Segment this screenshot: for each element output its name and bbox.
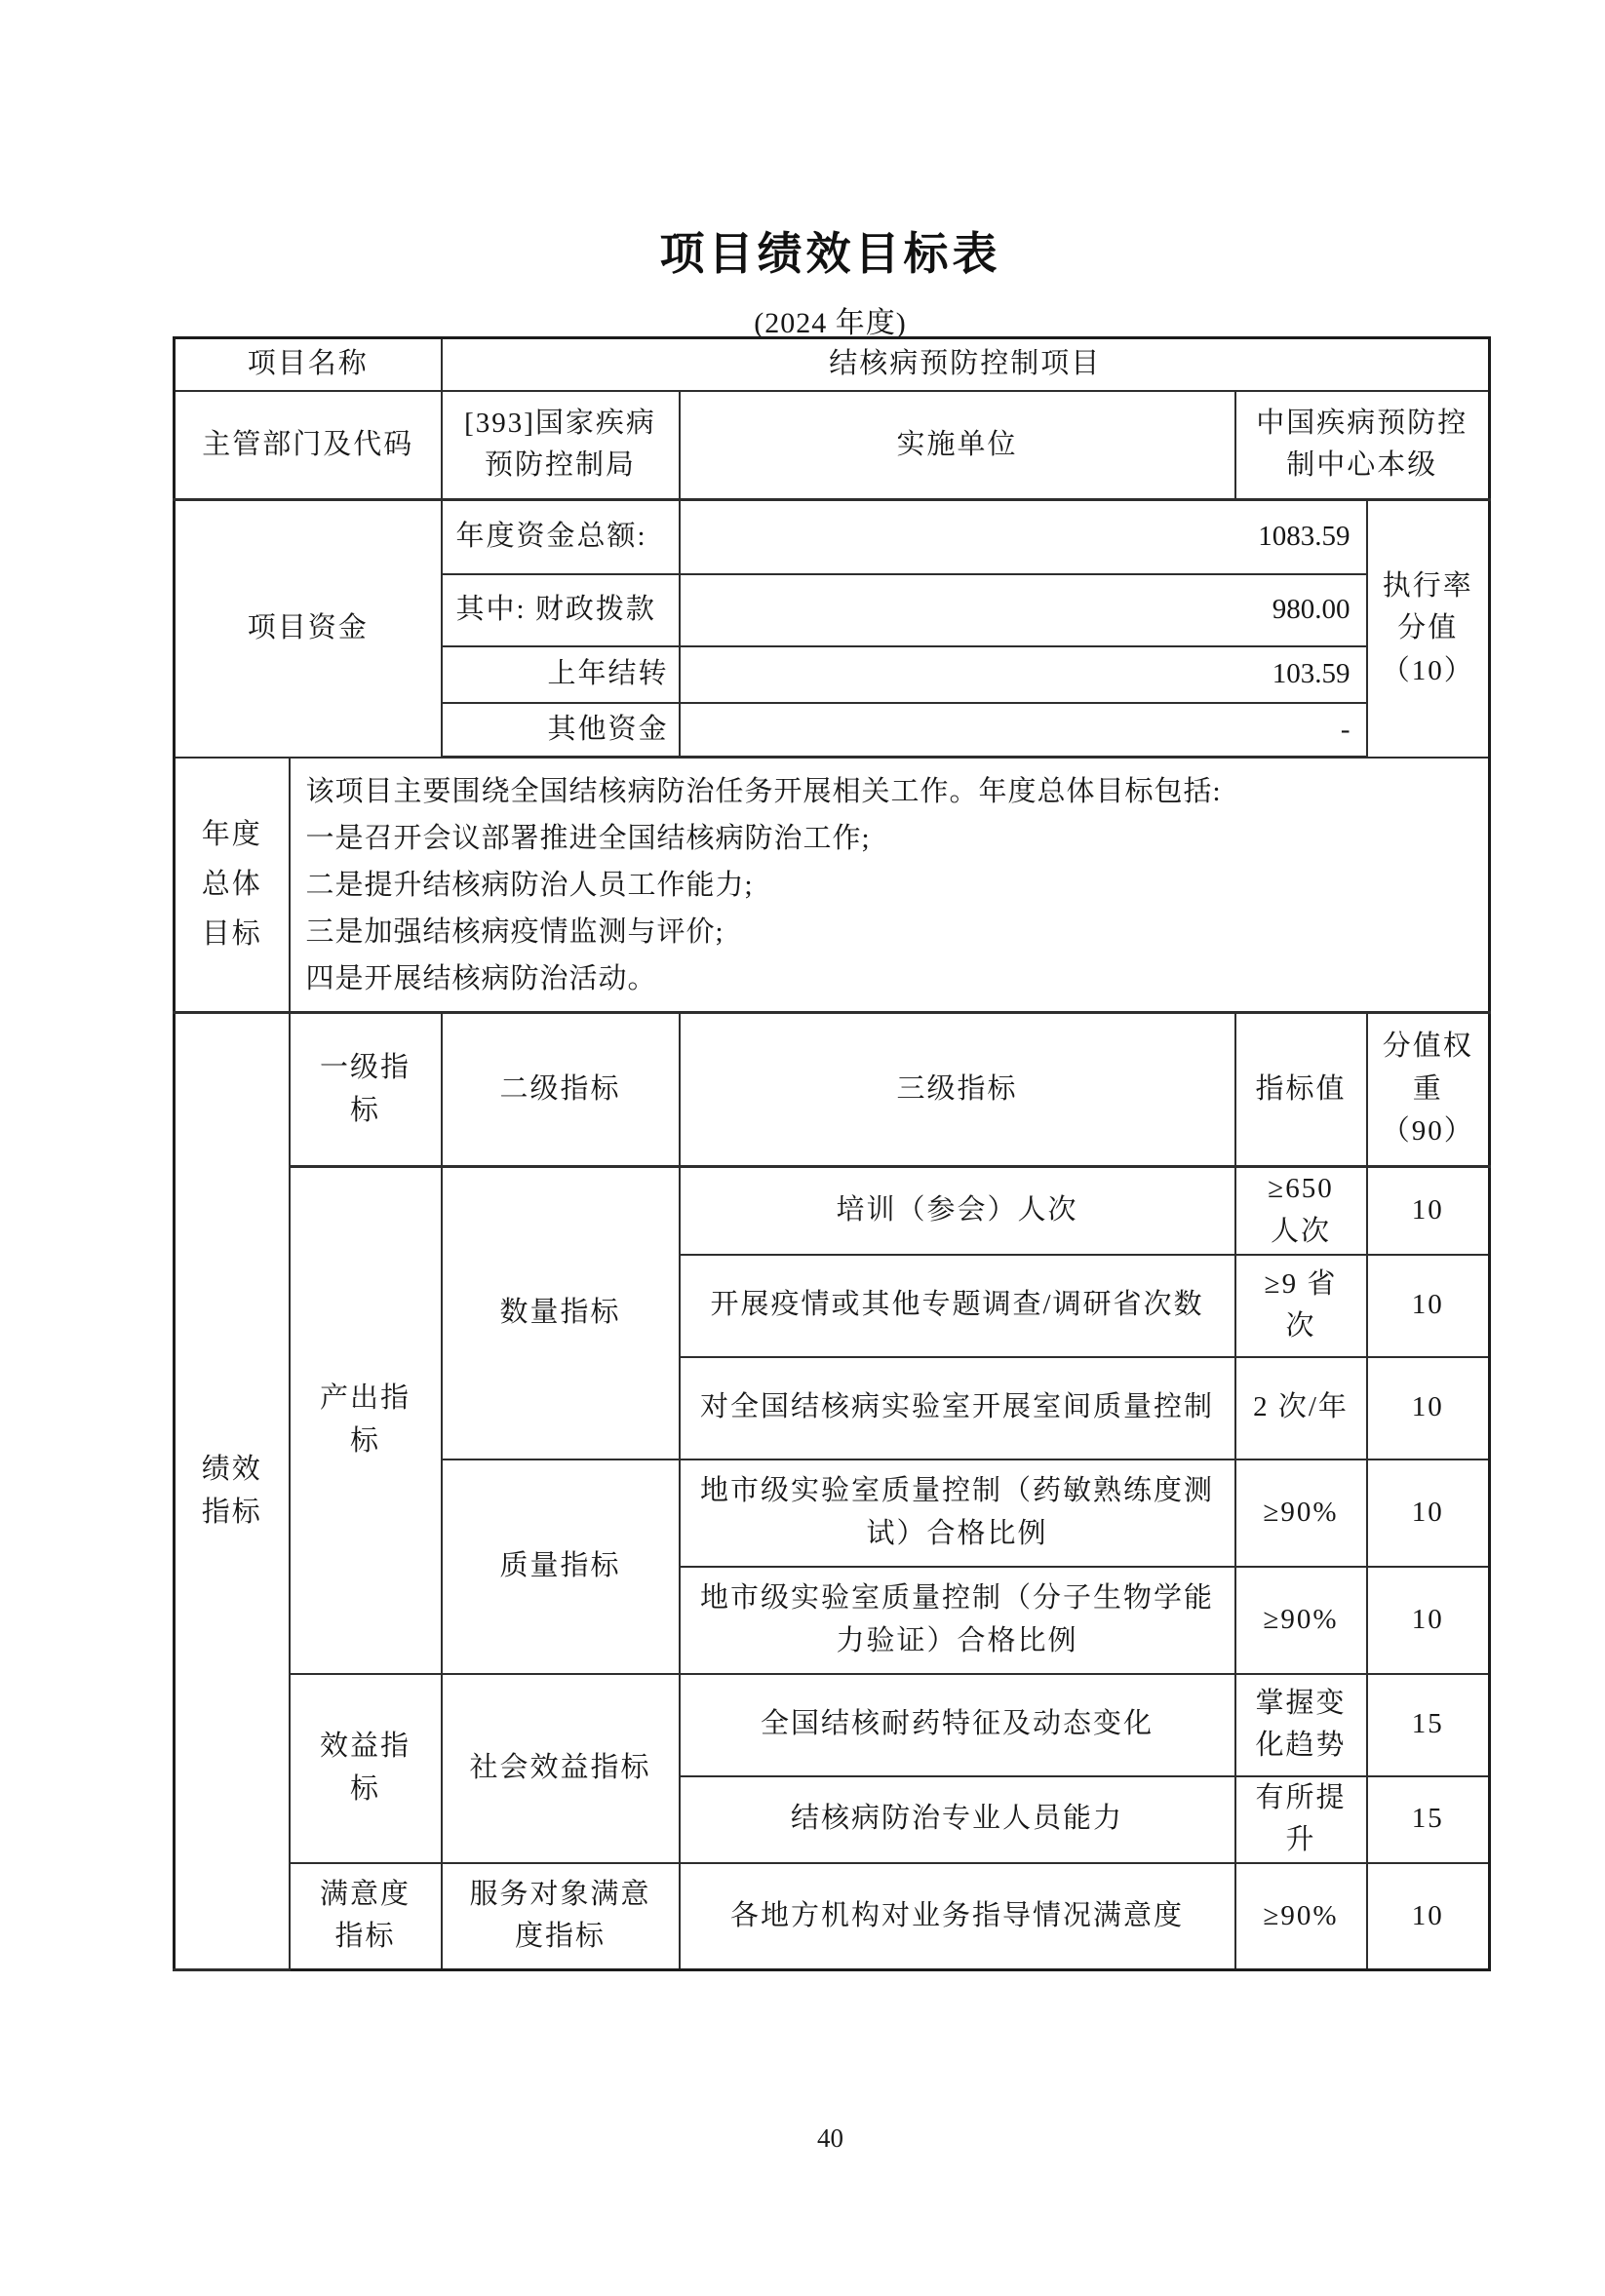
indicator-row: 产出指 标 数量指标 培训（参会）人次 ≥650 人次 10 — [175, 1167, 1490, 1255]
dept-code-label: 主管部门及代码 — [175, 391, 442, 500]
funding-value-carryover: 103.59 — [680, 646, 1367, 703]
indicator-section-label: 绩效 指标 — [175, 1013, 290, 1970]
indicator-weight: 10 — [1367, 1459, 1490, 1567]
col-header-value: 指标值 — [1235, 1013, 1367, 1167]
indicator-weight: 15 — [1367, 1674, 1490, 1776]
col-header-weight: 分值权 重 （90） — [1367, 1013, 1490, 1167]
level1-output-label: 产出指 标 — [290, 1167, 442, 1674]
col-header-level3: 三级指标 — [680, 1013, 1235, 1167]
level1-satisfaction-label: 满意度 指标 — [290, 1863, 442, 1970]
performance-target-table: 项目名称 结核病预防控制项目 主管部门及代码 [393]国家疾病 预防控制局 实… — [173, 336, 1491, 1971]
impl-unit-value: 中国疾病预防控 制中心本级 — [1235, 391, 1490, 500]
level3-indicator: 地市级实验室质量控制（药敏熟练度测 试）合格比例 — [680, 1459, 1235, 1567]
page-title: 项目绩效目标表 — [173, 218, 1488, 283]
funding-section-label: 项目资金 — [175, 500, 442, 758]
indicator-value: 2 次/年 — [1235, 1357, 1367, 1459]
indicator-weight: 10 — [1367, 1863, 1490, 1970]
funding-value-fiscal: 980.00 — [680, 574, 1367, 646]
level3-indicator: 全国结核耐药特征及动态变化 — [680, 1674, 1235, 1776]
execution-rate-label: 执行率 分值 （10） — [1367, 500, 1490, 758]
indicator-value: ≥90% — [1235, 1567, 1367, 1674]
indicator-weight: 10 — [1367, 1567, 1490, 1674]
funding-label-carryover: 上年结转 — [442, 646, 680, 703]
indicator-value: 有所提 升 — [1235, 1776, 1367, 1863]
level3-indicator: 培训（参会）人次 — [680, 1167, 1235, 1255]
indicator-row: 效益指 标 社会效益指标 全国结核耐药特征及动态变化 掌握变 化趋势 15 — [175, 1674, 1490, 1776]
project-name-value: 结核病预防控制项目 — [442, 338, 1490, 391]
page-number: 40 — [173, 2123, 1488, 2154]
indicator-weight: 10 — [1367, 1167, 1490, 1255]
indicator-value: 掌握变 化趋势 — [1235, 1674, 1367, 1776]
funding-label-fiscal: 其中: 财政拨款 — [442, 574, 680, 646]
project-name-label: 项目名称 — [175, 338, 442, 391]
level3-indicator: 开展疫情或其他专题调查/调研省次数 — [680, 1255, 1235, 1357]
col-header-level2: 二级指标 — [442, 1013, 680, 1167]
indicator-weight: 15 — [1367, 1776, 1490, 1863]
funding-label-total: 年度资金总额: — [442, 500, 680, 574]
department-row: 主管部门及代码 [393]国家疾病 预防控制局 实施单位 中国疾病预防控 制中心… — [175, 391, 1490, 500]
impl-unit-label: 实施单位 — [680, 391, 1235, 500]
funding-label-other: 其他资金 — [442, 703, 680, 758]
level2-service-satisfaction-label: 服务对象满意 度指标 — [442, 1863, 680, 1970]
indicator-weight: 10 — [1367, 1357, 1490, 1459]
indicator-header-row: 绩效 指标 一级指 标 二级指标 三级指标 指标值 分值权 重 （90） — [175, 1013, 1490, 1167]
level3-indicator: 各地方机构对业务指导情况满意度 — [680, 1863, 1235, 1970]
dept-code-value: [393]国家疾病 预防控制局 — [442, 391, 680, 500]
level3-indicator: 地市级实验室质量控制（分子生物学能 力验证）合格比例 — [680, 1567, 1235, 1674]
page-subtitle: (2024 年度) — [173, 298, 1488, 341]
funding-value-total: 1083.59 — [680, 500, 1367, 574]
annual-goal-row: 年度 总体 目标 该项目主要围绕全国结核病防治任务开展相关工作。年度总体目标包括… — [175, 758, 1490, 1013]
indicator-value: ≥650 人次 — [1235, 1167, 1367, 1255]
level3-indicator: 结核病防治专业人员能力 — [680, 1776, 1235, 1863]
indicator-row: 满意度 指标 服务对象满意 度指标 各地方机构对业务指导情况满意度 ≥90% 1… — [175, 1863, 1490, 1970]
indicator-value: ≥90% — [1235, 1459, 1367, 1567]
col-header-level1: 一级指 标 — [290, 1013, 442, 1167]
indicator-weight: 10 — [1367, 1255, 1490, 1357]
indicator-value: ≥90% — [1235, 1863, 1367, 1970]
funding-row-total: 项目资金 年度资金总额: 1083.59 执行率 分值 （10） — [175, 500, 1490, 574]
level2-social-benefit-label: 社会效益指标 — [442, 1674, 680, 1863]
level1-benefit-label: 效益指 标 — [290, 1674, 442, 1863]
annual-goal-label: 年度 总体 目标 — [175, 758, 290, 1013]
indicator-value: ≥9 省 次 — [1235, 1255, 1367, 1357]
level2-quantity-label: 数量指标 — [442, 1167, 680, 1459]
project-name-row: 项目名称 结核病预防控制项目 — [175, 338, 1490, 391]
level3-indicator: 对全国结核病实验室开展室间质量控制 — [680, 1357, 1235, 1459]
funding-value-other: - — [680, 703, 1367, 758]
annual-goal-text: 该项目主要围绕全国结核病防治任务开展相关工作。年度总体目标包括: 一是召开会议部… — [290, 758, 1490, 1013]
level2-quality-label: 质量指标 — [442, 1459, 680, 1674]
